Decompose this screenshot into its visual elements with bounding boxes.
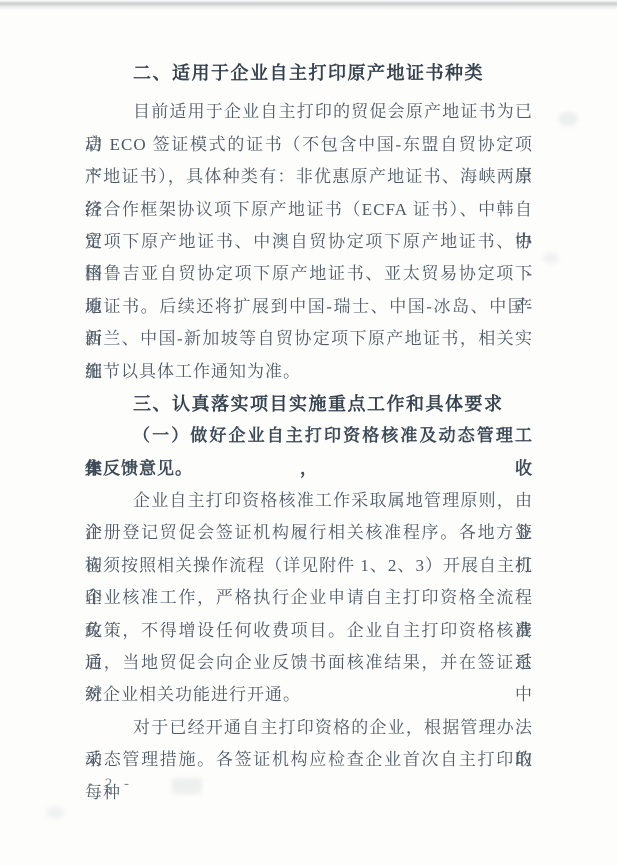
text-line: 细节以具体工作通知为准。: [85, 356, 533, 388]
text-line: 产地证书），具体种类有：非优惠原产地证书、海峡两岸经: [85, 161, 533, 193]
document-body: 二、适用于企业自主打印原产地证书种类 目前适用于企业自主打印的贸促会原产地证书为…: [85, 57, 533, 777]
text-line: 构须按照相关操作流程（详见附件 1、2、3）开展自主打印: [85, 550, 533, 582]
text-line: 动态管理措施。各签证机构应检查企业首次自主打印的每种: [85, 744, 533, 776]
text-line: 对于已经开通自主打印资格的企业，根据管理办法采取: [85, 712, 533, 744]
text-line: 定项下原产地证书、中澳自贸协定项下原产地证书、中国-: [85, 226, 533, 258]
text-line: 目前适用于企业自主打印的贸促会原产地证书为已启: [85, 96, 533, 128]
section-3-heading: 三、认真落实项目实施重点工作和具体要求: [85, 388, 533, 420]
scan-smudge-artifact: [543, 252, 559, 264]
text-line: 格鲁吉亚自贸协定项下原产地证书、亚太贸易协定项下原产: [85, 258, 533, 290]
paragraph-dynamic-management: 对于已经开通自主打印资格的企业，根据管理办法采取动态管理措施。各签证机构应检查企…: [85, 712, 533, 777]
section-2-heading: 二、适用于企业自主打印原产地证书种类: [85, 57, 533, 89]
scan-smudge-artifact: [558, 112, 578, 126]
text-line: 注册登记贸促会签证机构履行相关核准程序。各地方签证机: [85, 517, 533, 549]
text-line: （一）做好企业自主打印资格核准及动态管理工作，收: [85, 420, 533, 452]
text-line: 政策，不得增设任何收费项目。企业自主打印资格核准通过: [85, 615, 533, 647]
text-line: 济合作框架协议项下原产地证书（ECFA 证书）、中韩自贸协: [85, 194, 533, 226]
text-line: 企业核准工作，严格执行企业申请自主打印资格全流程免费: [85, 582, 533, 614]
text-line: 西兰、中国-新加坡等自贸协定项下原产地证书，相关实施: [85, 323, 533, 355]
text-line: 地证书。后续还将扩展到中国-瑞士、中国-冰岛、中国-新: [85, 291, 533, 323]
page-number: - 2 -: [88, 776, 133, 793]
paragraph-certificate-types: 目前适用于企业自主打印的贸促会原产地证书为已启动 ECO 签证模式的证书（不包含…: [85, 96, 533, 388]
scan-smudge-artifact: [46, 806, 64, 819]
text-line: 动 ECO 签证模式的证书（不包含中国-东盟自贸协定项下原: [85, 129, 533, 161]
scan-top-edge: [0, 0, 617, 10]
text-line: 后，当地贸促会向企业反馈书面核准结果，并在签证系统中: [85, 647, 533, 679]
paragraph-qualification-approval: 企业自主打印资格核准工作采取属地管理原则，由企业注册登记贸促会签证机构履行相关核…: [85, 485, 533, 712]
scanned-document-page: { "page": { "page_number": "- 2 -", "bac…: [0, 0, 617, 866]
scan-smudge-artifact: [172, 778, 202, 794]
subheading-3-1: （一）做好企业自主打印资格核准及动态管理工作，收集反馈意见。: [85, 420, 533, 485]
text-line: 企业自主打印资格核准工作采取属地管理原则，由企业: [85, 485, 533, 517]
